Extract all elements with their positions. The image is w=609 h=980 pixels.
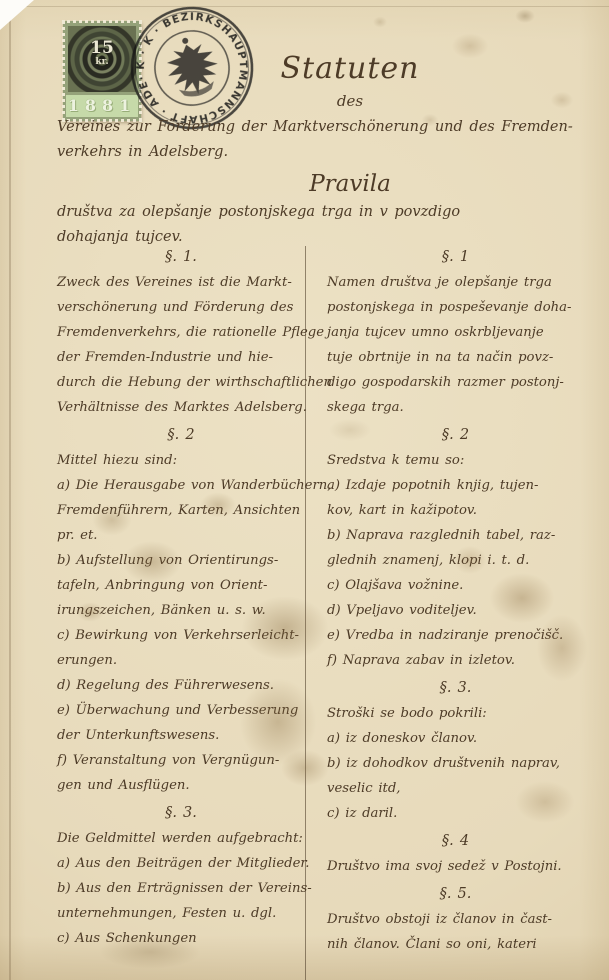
section-heading: §. 4: [327, 830, 584, 852]
handwritten-line: verschönerung und Förderung des: [57, 295, 305, 320]
german-column: §. 1.Zweck des Vereines ist die Markt-ve…: [57, 242, 305, 957]
handwritten-line: Zweck des Vereines ist die Markt-: [57, 270, 305, 295]
handwritten-line: a) iz doneskov članov.: [327, 726, 584, 751]
slovene-column: §. 1Namen društva je olepšanje trgaposto…: [327, 242, 584, 957]
handwritten-line: skega trga.: [327, 395, 584, 420]
handwritten-line: Namen društva je olepšanje trga: [327, 270, 584, 295]
handwritten-line: der Fremden-Industrie und hie-: [57, 345, 305, 370]
handwritten-line: durch die Hebung der wirthschaftlichen: [57, 370, 305, 395]
handwritten-line: f) Naprava zabav in izletov.: [327, 648, 584, 673]
handwritten-line: c) Aus Schenkungen: [57, 926, 305, 951]
stamp-value-number: 15: [90, 38, 114, 58]
handwritten-line: društva za olepšanje postonjskega trga i…: [57, 200, 582, 225]
handwritten-line: digo gospodarskih razmer postonj-: [327, 370, 584, 395]
handwritten-line: Die Geldmittel werden aufgebracht:: [57, 826, 305, 851]
handwritten-line: nih članov. Člani so oni, kateri: [327, 932, 584, 957]
title-block: Statuten des: [230, 52, 470, 112]
stamp-engraving: 15 kr.: [68, 26, 136, 92]
stamp-year: 1881: [66, 95, 138, 117]
handwritten-line: d) Vpeljavo voditeljev.: [327, 598, 584, 623]
handwritten-line: erungen.: [57, 648, 305, 673]
revenue-stamp: 15 kr. 1881: [63, 21, 141, 121]
handwritten-line: a) Izdaje popotnih knjig, tujen-: [327, 473, 584, 498]
handwritten-line: Stroški se bodo pokrili:: [327, 701, 584, 726]
handwritten-line: gen und Ausflügen.: [57, 773, 305, 798]
handwritten-line: irungszeichen, Bänken u. s. w.: [57, 598, 305, 623]
handwritten-line: postonjskega in pospeševanje doha-: [327, 295, 584, 320]
handwritten-line: Vereines zur Förderung der Marktverschön…: [57, 115, 582, 140]
handwritten-line: Fremdenverkehrs, die rationelle Pflege: [57, 320, 305, 345]
handwritten-line: der Unterkunftswesens.: [57, 723, 305, 748]
handwritten-line: e) Vredba in nadziranje prenočišč.: [327, 623, 584, 648]
paper-edge-top: [0, 6, 609, 7]
handwritten-line: f) Veranstaltung von Vergnügun-: [57, 748, 305, 773]
handwritten-line: b) iz dohodkov društvenih naprav,: [327, 751, 584, 776]
section-heading: §. 1.: [57, 246, 305, 268]
handwritten-line: d) Regelung des Führerwesens.: [57, 673, 305, 698]
page-title-sub: des: [230, 90, 470, 112]
intro-german: Vereines zur Förderung der Marktverschön…: [57, 115, 582, 165]
paper-edge-left: [9, 0, 11, 980]
handwritten-line: c) Olajšava vožnine.: [327, 573, 584, 598]
handwritten-line: b) Naprava razglednih tabel, raz-: [327, 523, 584, 548]
section-heading: §. 1: [327, 246, 584, 268]
handwritten-line: b) Aus den Erträgnissen der Vereins-: [57, 876, 305, 901]
page-title: Statuten: [230, 52, 470, 86]
paper-corner-fold: [0, 0, 34, 30]
section-heading: §. 2: [327, 424, 584, 446]
stamp-value-unit: kr.: [68, 57, 136, 67]
handwritten-line: Sredstva k temu so:: [327, 448, 584, 473]
handwritten-line: a) Die Herausgabe von Wanderbüchern,: [57, 473, 305, 498]
handwritten-line: a) Aus den Beiträgen der Mitglieder.: [57, 851, 305, 876]
handwritten-line: glednih znamenj, klopi i. t. d.: [327, 548, 584, 573]
stamp-value: 15 kr.: [68, 40, 136, 67]
handwritten-line: Društvo ima svoj sedež v Postojni.: [327, 854, 584, 879]
handwritten-line: b) Aufstellung von Orientirungs-: [57, 548, 305, 573]
slovene-title: Pravila: [230, 170, 470, 198]
handwritten-line: c) iz daril.: [327, 801, 584, 826]
handwritten-line: veselic itd,: [327, 776, 584, 801]
handwritten-line: unternehmungen, Festen u. dgl.: [57, 901, 305, 926]
section-heading: §. 2: [57, 424, 305, 446]
handwritten-line: Društvo obstoji iz članov in čast-: [327, 907, 584, 932]
handwritten-line: verkehrs in Adelsberg.: [57, 140, 582, 165]
section-heading: §. 3.: [327, 677, 584, 699]
handwritten-line: Fremdenführern, Karten, Ansichten: [57, 498, 305, 523]
section-heading: §. 5.: [327, 883, 584, 905]
handwritten-line: kov, kart in kažipotov.: [327, 498, 584, 523]
handwritten-line: janja tujcev umno oskrbljevanje: [327, 320, 584, 345]
handwritten-line: Mittel hiezu sind:: [57, 448, 305, 473]
handwritten-line: pr. et.: [57, 523, 305, 548]
statutes-body: §. 1.Zweck des Vereines ist die Markt-ve…: [57, 242, 584, 957]
handwritten-line: Verhältnisse des Marktes Adelsberg.: [57, 395, 305, 420]
handwritten-line: tuje obrtnije in na ta način povz-: [327, 345, 584, 370]
document-scan-page: { "stamp": { "value": "15", "unit": "kr.…: [0, 0, 609, 980]
handwritten-line: tafeln, Anbringung von Orient-: [57, 573, 305, 598]
section-heading: §. 3.: [57, 802, 305, 824]
handwritten-line: e) Überwachung und Verbesserung: [57, 698, 305, 723]
handwritten-line: c) Bewirkung von Verkehrserleicht-: [57, 623, 305, 648]
